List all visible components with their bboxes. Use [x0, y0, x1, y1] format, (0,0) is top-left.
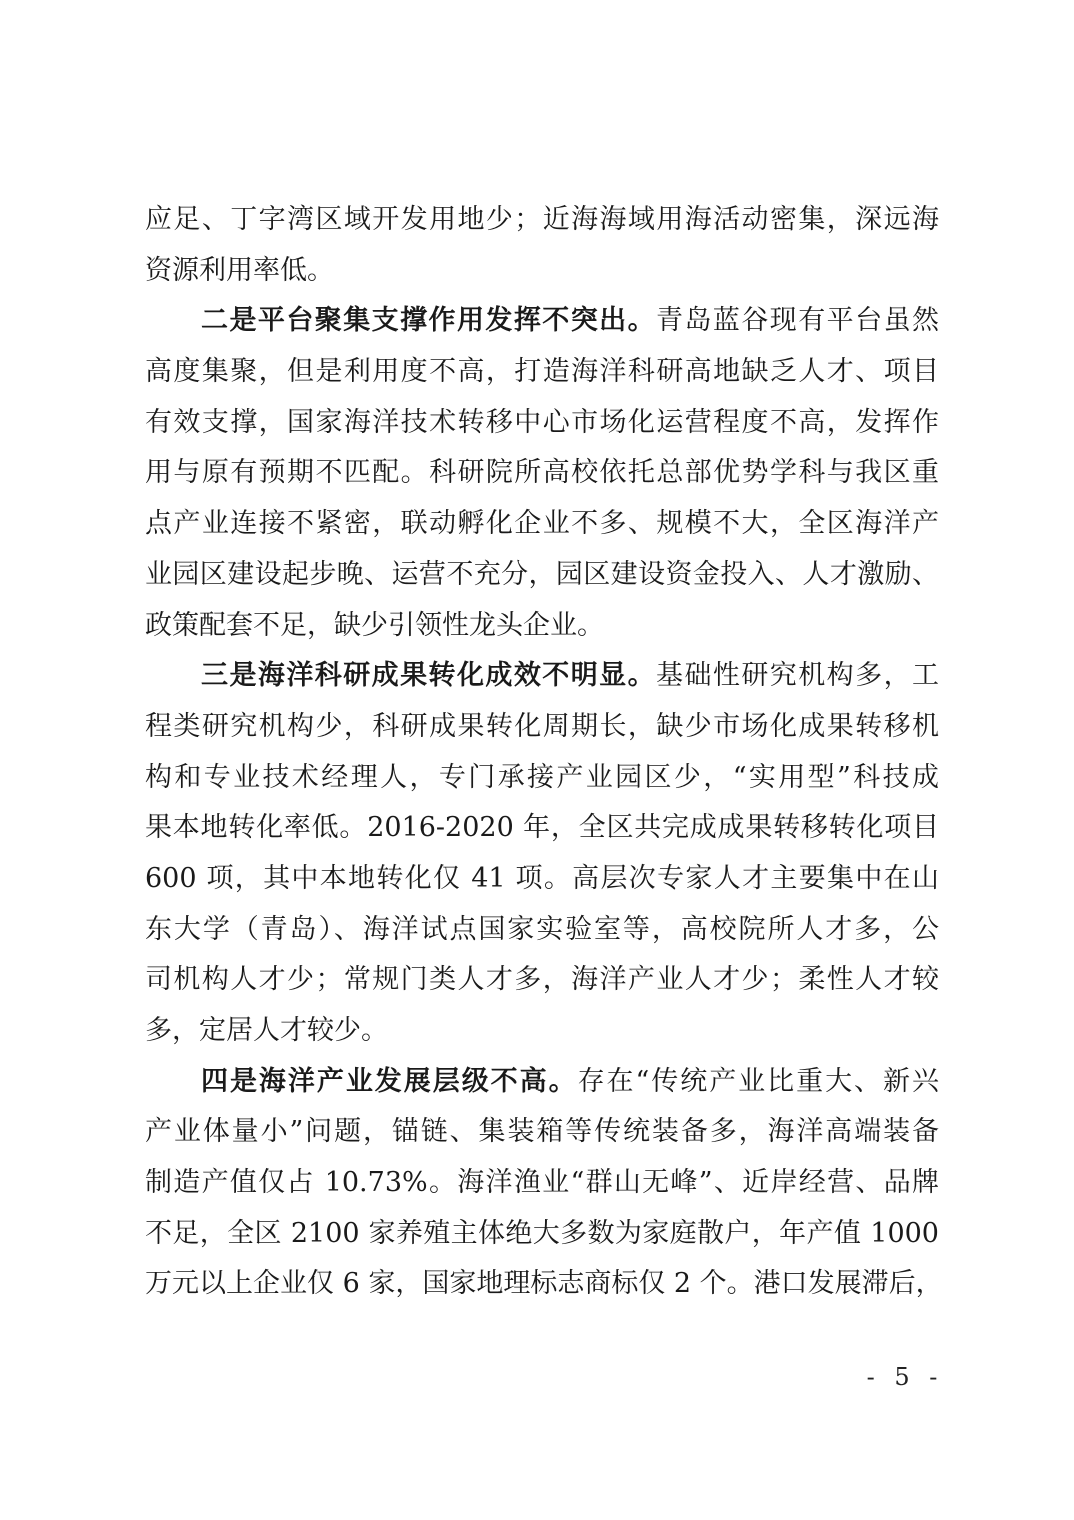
- paragraph-heading: 二是平台聚集支撑作用发挥不突出。: [201, 305, 656, 336]
- text-line: 构和专业技术经理人，专门承接产业园区少，“实用型”科技成: [145, 753, 939, 804]
- text-line: 果本地转化率低。2016-2020 年，全区共完成成果转移转化项目: [145, 803, 939, 854]
- text-line: 高度集聚，但是利用度不高，打造海洋科研高地缺乏人才、项目: [145, 347, 939, 398]
- paragraph-heading: 四是海洋产业发展层级不高。: [201, 1066, 578, 1097]
- text-line: 多，定居人才较少。: [145, 1006, 939, 1057]
- text-line: 业园区建设起步晚、运营不充分，园区建设资金投入、人才激励、: [145, 550, 939, 601]
- text-line: 产业体量小”问题，锚链、集装箱等传统装备多，海洋高端装备: [145, 1107, 939, 1158]
- paragraph-research-transfer: 三是海洋科研成果转化成效不明显。基础性研究机构多，工 程类研究机构少，科研成果转…: [145, 651, 939, 1057]
- text-line: 政策配套不足，缺少引领性龙头企业。: [145, 601, 939, 652]
- document-page: 应足、丁字湾区域开发用地少；近海海域用海活动密集，深远海 资源利用率低。 二是平…: [0, 0, 1074, 1520]
- text-line: 二是平台聚集支撑作用发挥不突出。青岛蓝谷现有平台虽然: [145, 296, 939, 347]
- text-fragment: 存在“传统产业比重大、新兴: [578, 1066, 939, 1097]
- paragraph-heading: 三是海洋科研成果转化成效不明显。: [201, 660, 656, 691]
- text-line: 不足，全区 2100 家养殖主体绝大多数为家庭散户，年产值 1000: [145, 1209, 939, 1260]
- paragraph-platform-support: 二是平台聚集支撑作用发挥不突出。青岛蓝谷现有平台虽然 高度集聚，但是利用度不高，…: [145, 296, 939, 651]
- text-line: 四是海洋产业发展层级不高。存在“传统产业比重大、新兴: [145, 1057, 939, 1108]
- text-line: 用与原有预期不匹配。科研院所高校依托总部优势学科与我区重: [145, 448, 939, 499]
- text-line: 资源利用率低。: [145, 246, 939, 297]
- paragraph-industry-level: 四是海洋产业发展层级不高。存在“传统产业比重大、新兴 产业体量小”问题，锚链、集…: [145, 1057, 939, 1310]
- text-line: 应足、丁字湾区域开发用地少；近海海域用海活动密集，深远海: [145, 195, 939, 246]
- text-line: 东大学（青岛）、海洋试点国家实验室等，高校院所人才多，公: [145, 905, 939, 956]
- text-line: 万元以上企业仅 6 家，国家地理标志商标仅 2 个。港口发展滞后，: [145, 1259, 939, 1310]
- text-line: 制造产值仅占 10.73%。海洋渔业“群山无峰”、近岸经营、品牌: [145, 1158, 939, 1209]
- text-line: 600 项，其中本地转化仅 41 项。高层次专家人才主要集中在山: [145, 854, 939, 905]
- text-line: 有效支撑，国家海洋技术转移中心市场化运营程度不高，发挥作: [145, 398, 939, 449]
- paragraph-continuation: 应足、丁字湾区域开发用地少；近海海域用海活动密集，深远海 资源利用率低。: [145, 195, 939, 296]
- text-line: 程类研究机构少，科研成果转化周期长，缺少市场化成果转移机: [145, 702, 939, 753]
- page-number: - 5 -: [860, 1362, 950, 1392]
- document-body: 应足、丁字湾区域开发用地少；近海海域用海活动密集，深远海 资源利用率低。 二是平…: [145, 195, 939, 1310]
- text-line: 点产业连接不紧密，联动孵化企业不多、规模不大，全区海洋产: [145, 499, 939, 550]
- text-fragment: 基础性研究机构多，工: [656, 660, 939, 691]
- text-line: 司机构人才少；常规门类人才多，海洋产业人才少；柔性人才较: [145, 955, 939, 1006]
- text-fragment: 青岛蓝谷现有平台虽然: [656, 305, 939, 336]
- text-line: 三是海洋科研成果转化成效不明显。基础性研究机构多，工: [145, 651, 939, 702]
